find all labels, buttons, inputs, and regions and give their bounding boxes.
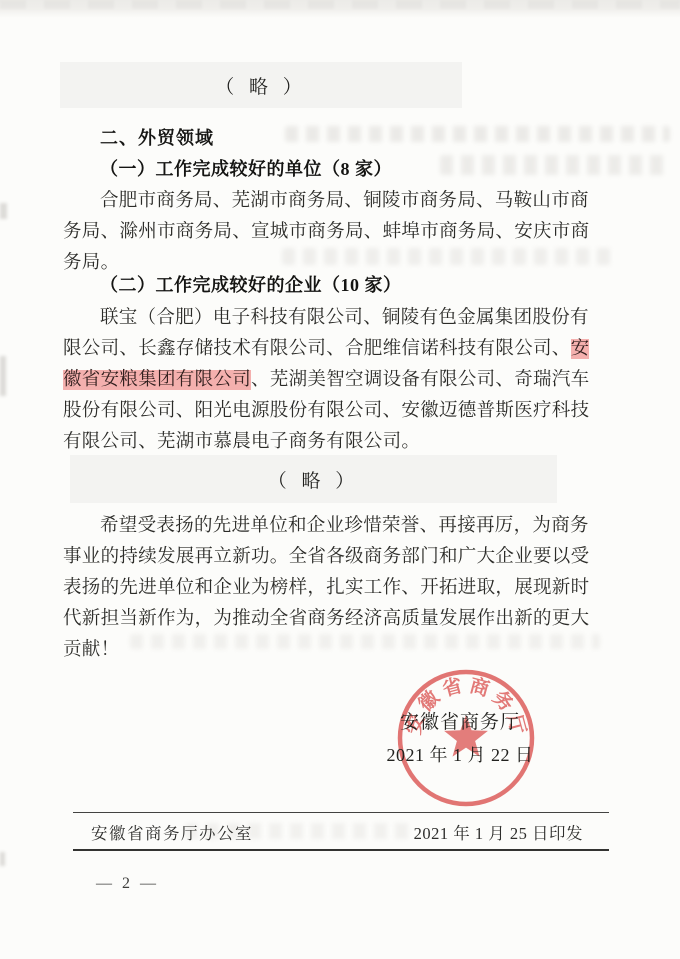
highlighted-company-name: 徽省安粮集团有限公司	[63, 370, 251, 390]
paragraph-line: 徽省安粮集团有限公司、芜湖美智空调设备有限公司、奇瑞汽车	[63, 365, 617, 396]
paragraph-line: 希望受表扬的先进单位和企业珍惜荣誉、再接再厉，为商务	[63, 511, 617, 542]
signature-organization: 安徽省商务厅	[360, 707, 560, 734]
section-heading: 二、外贸领域	[100, 124, 214, 150]
signature-date: 2021 年 1 月 22 日	[352, 741, 568, 767]
scanned-document-page: （ 略 ） 二、外贸领域 （一）工作完成较好的单位（8 家） 合肥市商务局、芜湖…	[0, 0, 680, 959]
paragraph-line: 股份有限公司、阳光电源股份有限公司、安徽迈德普斯医疗科技	[63, 396, 617, 427]
official-seal: 安徽省商务厅	[393, 665, 539, 811]
footer-row: 安徽省商务厅办公室 2021 年 1 月 25 日印发	[73, 817, 609, 847]
page-number: — 2 —	[96, 875, 159, 893]
paragraph-line: 联宝（合肥）电子科技有限公司、铜陵有色金属集团股份有	[63, 303, 617, 334]
scan-left-mark	[0, 203, 7, 219]
bleed-through-text	[440, 155, 670, 175]
paragraph-line: 务局、滁州市商务局、宣城市商务局、蚌埠市商务局、安庆市商	[63, 217, 617, 248]
scan-edge-smudge-texture	[0, 0, 680, 9]
paragraph-line: 事业的持续发展再立新功。全省各级商务部门和广大企业要以受	[63, 542, 617, 573]
omitted-marker: （ 略 ）	[215, 72, 307, 99]
bleed-through-text	[285, 126, 670, 142]
paragraph-line: 贡献！	[63, 635, 617, 666]
highlighted-company-name: 安	[571, 339, 590, 359]
paragraph-line: 合肥市商务局、芜湖市商务局、铜陵市商务局、马鞍山市商	[63, 186, 617, 217]
omitted-content-band-middle: （ 略 ）	[70, 455, 557, 503]
omitted-content-band-top: （ 略 ）	[60, 62, 462, 108]
units-paragraph: 合肥市商务局、芜湖市商务局、铜陵市商务局、马鞍山市商务局、滁州市商务局、宣城市商…	[63, 186, 617, 279]
paragraph-line: 有限公司、芜湖市慕晨电子商务有限公司。	[63, 427, 617, 458]
footer-print-date: 2021 年 1 月 25 日印发	[414, 820, 609, 844]
omitted-marker: （ 略 ）	[268, 466, 360, 493]
closing-paragraph: 希望受表扬的先进单位和企业珍惜荣誉、再接再厉，为商务事业的持续发展再立新功。全省…	[63, 511, 617, 666]
paragraph-line: 表扬的先进单位和企业为榜样，扎实工作、开拓进取，展现新时	[63, 573, 617, 604]
paragraph-line: 代新担当新作为，为推动全省商务经济高质量发展作出新的更大	[63, 604, 617, 635]
scan-left-mark	[0, 852, 5, 866]
footer-issuing-office: 安徽省商务厅办公室	[73, 820, 253, 844]
subsection1-heading: （一）工作完成较好的单位（8 家）	[100, 155, 392, 181]
seal-graphic: 安徽省商务厅	[393, 665, 539, 811]
footer-divider-top	[73, 812, 609, 813]
footer-divider-bottom	[73, 849, 609, 851]
paragraph-line: 限公司、长鑫存储技术有限公司、合肥维信诺科技有限公司、安	[63, 334, 617, 365]
subsection2-heading: （二）工作完成较好的企业（10 家）	[100, 271, 402, 297]
scan-left-mark	[0, 356, 6, 396]
companies-paragraph: 联宝（合肥）电子科技有限公司、铜陵有色金属集团股份有限公司、长鑫存储技术有限公司…	[63, 303, 617, 458]
